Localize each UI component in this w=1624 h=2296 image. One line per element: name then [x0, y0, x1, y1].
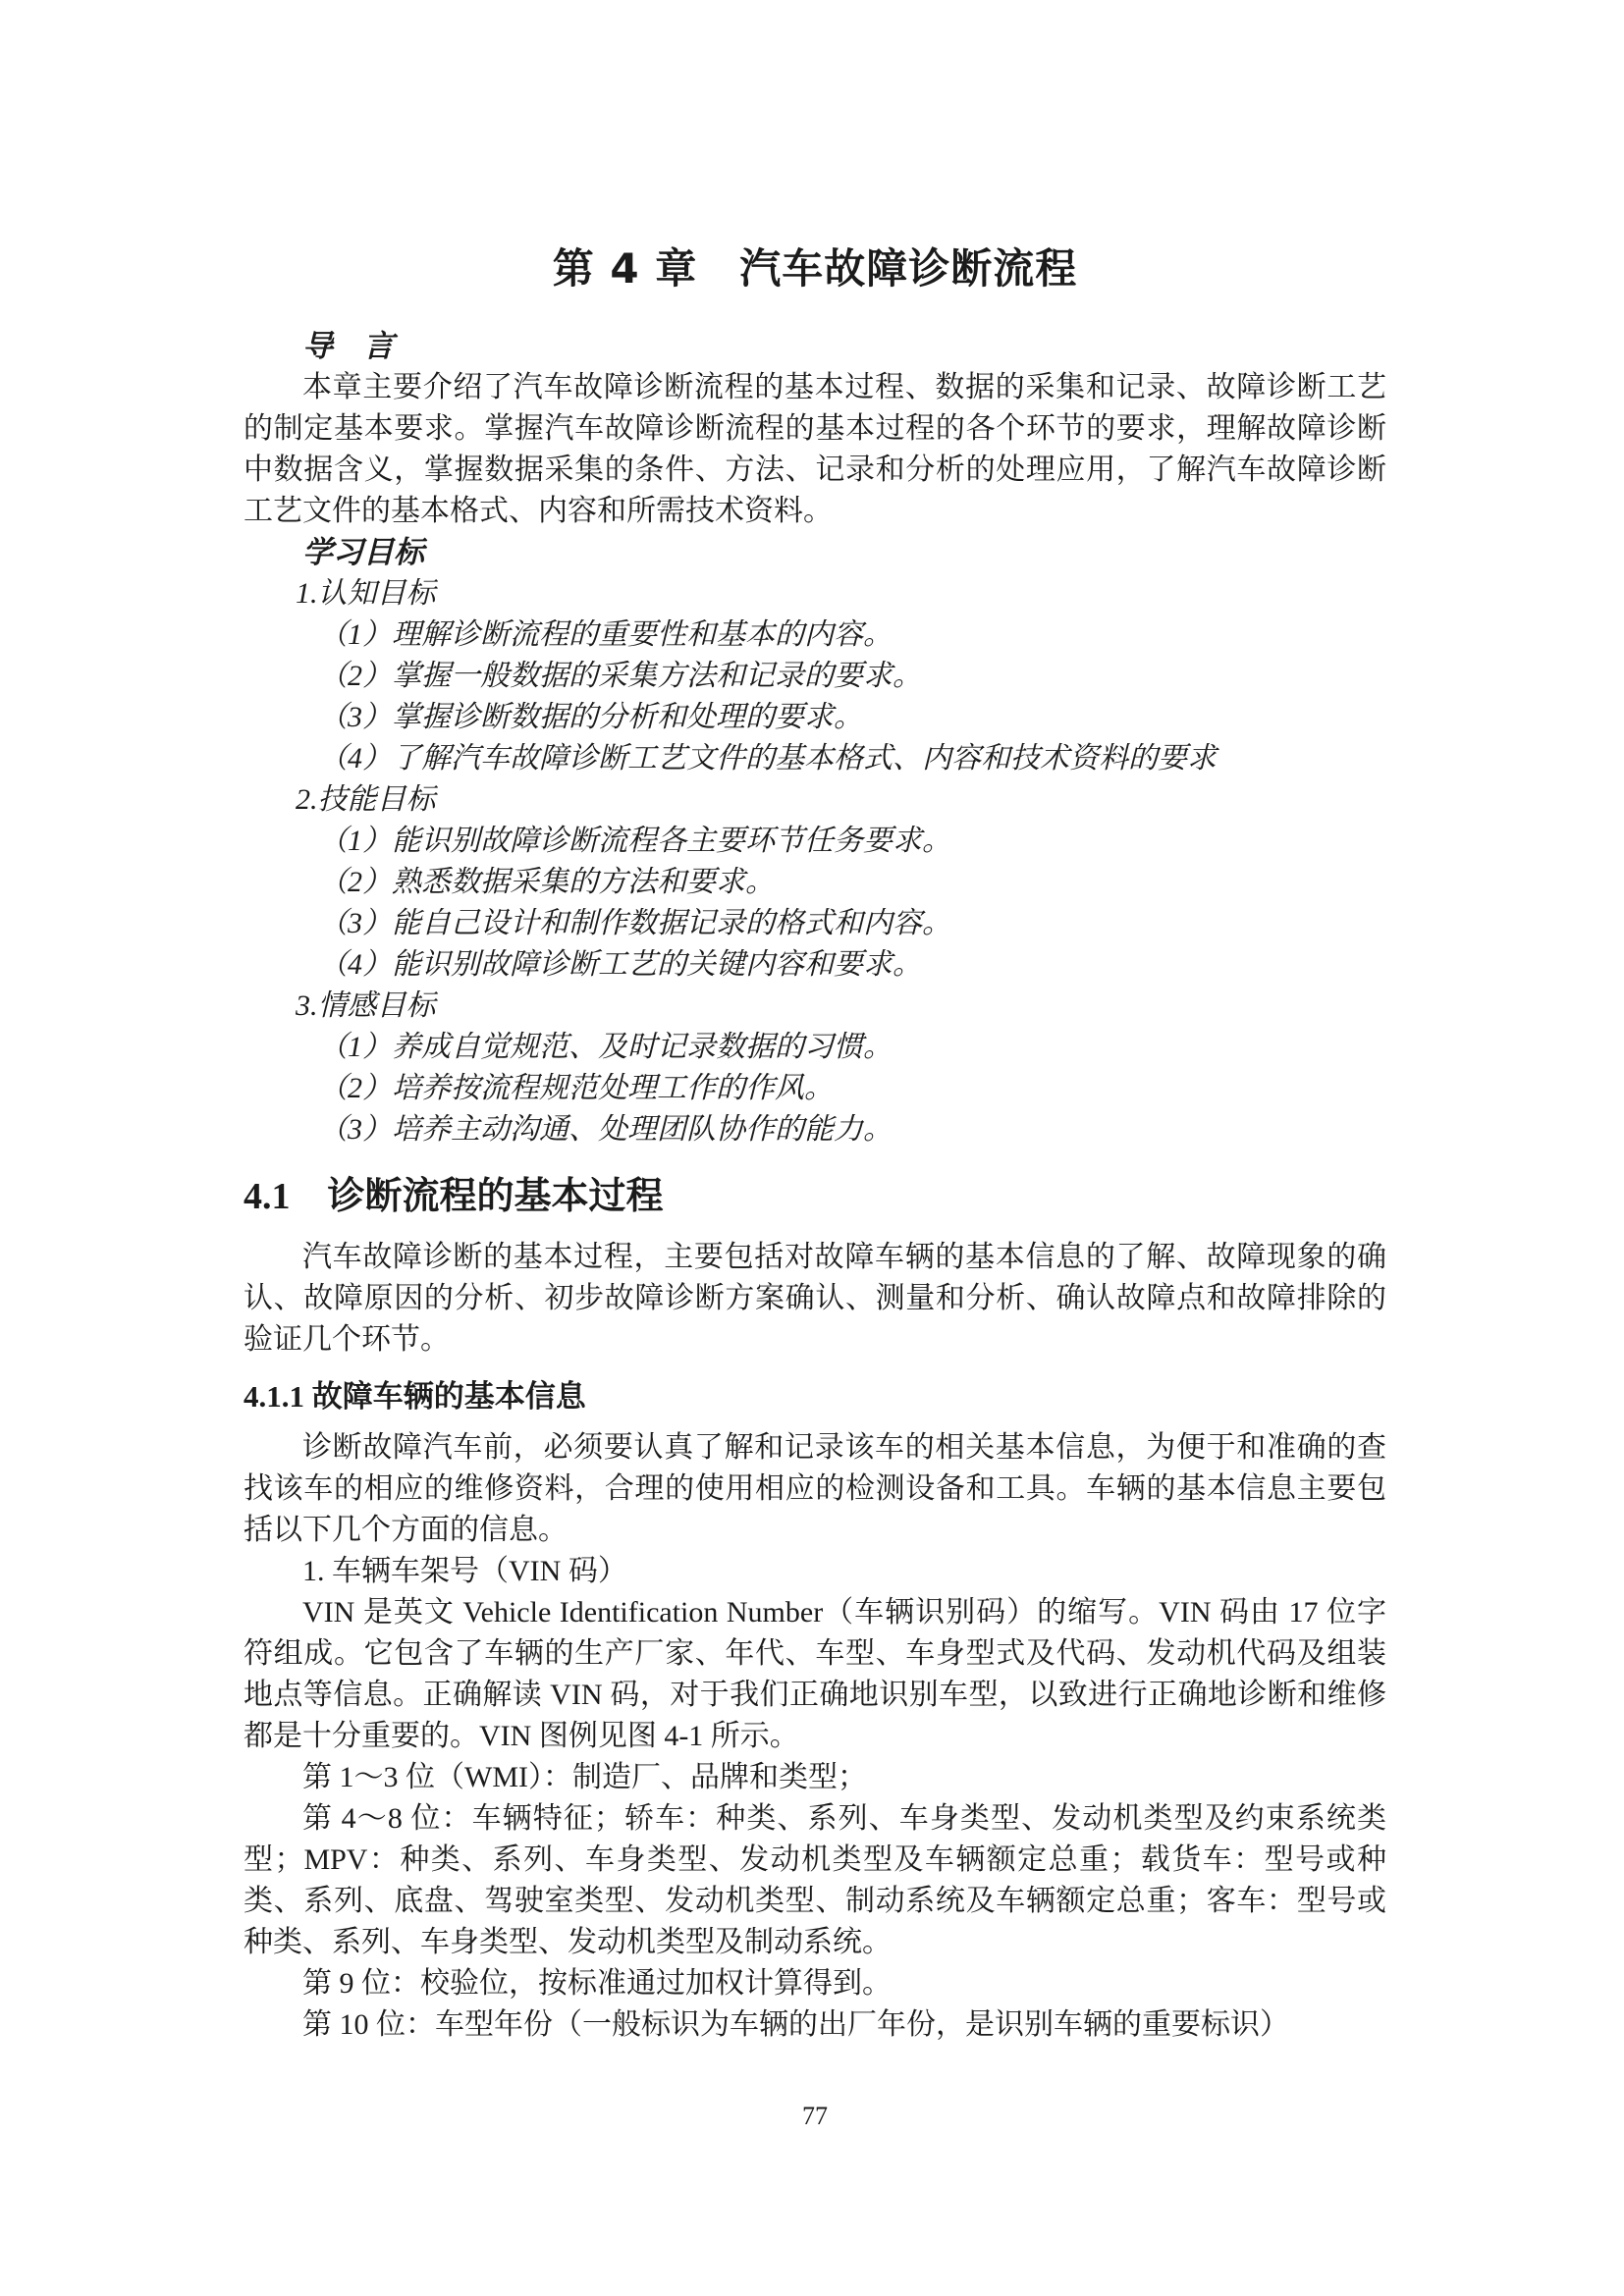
document-page: 第 4 章 汽车故障诊断流程 导 言 本章主要介绍了汽车故障诊断流程的基本过程、… — [0, 0, 1624, 2296]
page-number: 77 — [244, 2101, 1386, 2132]
objective-item: （3）培养主动沟通、处理团队协作的能力。 — [244, 1109, 1386, 1150]
objective-item: （1）理解诊断流程的重要性和基本的内容。 — [244, 614, 1386, 656]
objective-item: （3）能自己设计和制作数据记录的格式和内容。 — [244, 903, 1386, 944]
vin-position-line: 第 9 位：校验位，按标准通过加权计算得到。 — [244, 1963, 1386, 2004]
objective-group-skill: 2.技能目标 （1）能识别故障诊断流程各主要环节任务要求。 （2）熟悉数据采集的… — [244, 779, 1386, 986]
chapter-title: 第 4 章 汽车故障诊断流程 — [244, 243, 1386, 294]
objective-group-affective: 3.情感目标 （1）养成自觉规范、及时记录数据的习惯。 （2）培养按流程规范处理… — [244, 986, 1386, 1150]
objective-item: （4）了解汽车故障诊断工艺文件的基本格式、内容和技术资料的要求 — [244, 738, 1386, 779]
objective-item: （2）熟悉数据采集的方法和要求。 — [244, 862, 1386, 903]
vin-item-title: 1. 车辆车架号（VIN 码） — [244, 1551, 1386, 1592]
objective-item: （3）掌握诊断数据的分析和处理的要求。 — [244, 697, 1386, 738]
subsection-4-1-1-paragraph: 诊断故障汽车前，必须要认真了解和记录该车的相关基本信息，为便于和准确的查找该车的… — [244, 1427, 1386, 1551]
objective-item: （2）掌握一般数据的采集方法和记录的要求。 — [244, 656, 1386, 697]
vin-position-line: 第 1～3 位（WMI）：制造厂、品牌和类型； — [244, 1757, 1386, 1798]
objective-item: （4）能识别故障诊断工艺的关键内容和要求。 — [244, 944, 1386, 986]
vin-position-line: 第 4～8 位：车辆特征；轿车：种类、系列、车身类型、发动机类型及约束系统类型；… — [244, 1798, 1386, 1963]
objective-item: （1）能识别故障诊断流程各主要环节任务要求。 — [244, 821, 1386, 862]
intro-heading: 导 言 — [244, 326, 1386, 367]
intro-paragraph: 本章主要介绍了汽车故障诊断流程的基本过程、数据的采集和记录、故障诊断工艺的制定基… — [244, 367, 1386, 532]
objective-item: （1）养成自觉规范、及时记录数据的习惯。 — [244, 1027, 1386, 1068]
section-4-1-paragraph: 汽车故障诊断的基本过程，主要包括对故障车辆的基本信息的了解、故障现象的确认、故障… — [244, 1237, 1386, 1361]
objective-item: （2）培养按流程规范处理工作的作风。 — [244, 1068, 1386, 1109]
section-4-1-heading: 4.1 诊断流程的基本过程 — [244, 1174, 1386, 1219]
objective-group-title: 2.技能目标 — [244, 779, 1386, 821]
objective-group-title: 3.情感目标 — [244, 986, 1386, 1027]
page-content: 第 4 章 汽车故障诊断流程 导 言 本章主要介绍了汽车故障诊断流程的基本过程、… — [244, 243, 1386, 2046]
vin-position-line: 第 10 位：车型年份（一般标识为车辆的出厂年份，是识别车辆的重要标识） — [244, 2004, 1386, 2046]
objective-group-title: 1.认知目标 — [244, 573, 1386, 614]
objectives-heading: 学习目标 — [244, 532, 1386, 573]
objective-group-cognitive: 1.认知目标 （1）理解诊断流程的重要性和基本的内容。 （2）掌握一般数据的采集… — [244, 573, 1386, 779]
subsection-4-1-1-heading: 4.1.1 故障车辆的基本信息 — [244, 1376, 1386, 1417]
vin-paragraph: VIN 是英文 Vehicle Identification Number（车辆… — [244, 1592, 1386, 1757]
